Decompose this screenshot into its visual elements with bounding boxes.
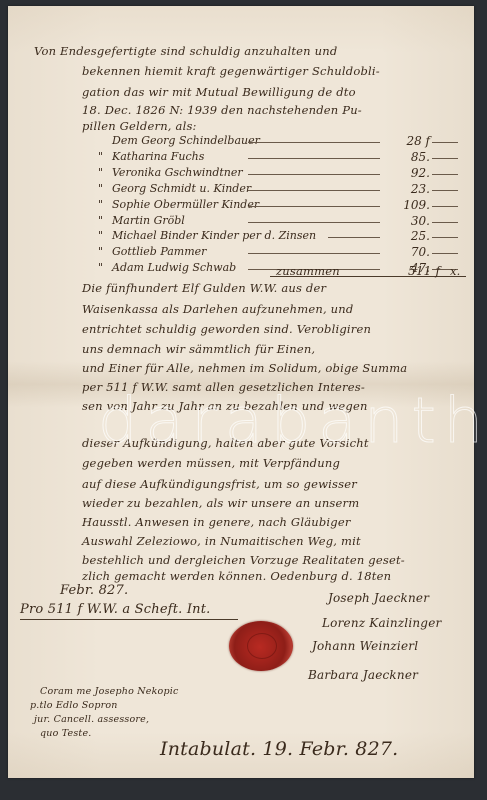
- creditor-amount: 85.: [411, 150, 430, 164]
- signature-2: Lorenz Kainzlinger: [322, 616, 441, 630]
- body-line-2: Waisenkassa als Darlehen aufzunehmen, un…: [82, 302, 353, 316]
- signature-3: Johann Weinzierl: [312, 639, 418, 653]
- creditor-name: Michael Binder Kinder per d. Zinsen: [112, 229, 316, 242]
- leader-line: [328, 237, 380, 238]
- creditor-name: Sophie Obermüller Kinder: [112, 198, 259, 211]
- intro-line-2: bekennen hiemit kraft gegenwärtiger Schu…: [82, 64, 380, 78]
- note-underline: [20, 619, 238, 620]
- ditto-mark: ": [98, 166, 103, 179]
- creditor-row: " Martin Gröbl 30.: [98, 214, 458, 228]
- amount-rule: [432, 222, 458, 223]
- witness-line-3: jur. Cancell. assessore,: [34, 714, 149, 725]
- intabulation-note: Intabulat. 19. Febr. 827.: [160, 738, 398, 760]
- amount-rule: [432, 206, 458, 207]
- ditto-mark: ": [98, 198, 103, 211]
- creditor-amount: 28 f: [406, 134, 430, 148]
- body-line-3: entrichtet schuldig geworden sind. Verob…: [82, 322, 371, 336]
- creditor-name: Veronika Gschwindtner: [112, 166, 243, 179]
- leader-line: [248, 253, 380, 254]
- body-line-11: wieder zu bezahlen, als wir unsere an un…: [82, 496, 359, 510]
- leader-line: [248, 158, 380, 159]
- creditor-amount: 23.: [411, 182, 430, 196]
- ditto-mark: ": [98, 245, 103, 258]
- creditor-name: Dem Georg Schindelbauer: [112, 134, 260, 147]
- intro-line-4: 18. Dec. 1826 N: 1939 den nachstehenden …: [82, 103, 362, 117]
- witness-line-4: quo Teste.: [40, 728, 92, 739]
- leader-line: [248, 142, 380, 143]
- amount-rule: [432, 237, 458, 238]
- amount-rule: [432, 253, 458, 254]
- body-line-13: Auswahl Zeleziowo, in Numaitischen Weg, …: [82, 534, 361, 548]
- leader-line: [248, 174, 380, 175]
- body-line-9: gegeben werden müssen, mit Verpfändung: [82, 456, 340, 470]
- creditor-amount: 25.: [411, 229, 430, 243]
- body-line-15: zlich gemacht werden können. Oedenburg d…: [82, 569, 391, 583]
- creditor-name: Georg Schmidt u. Kinder: [112, 182, 251, 195]
- ditto-mark: ": [98, 182, 103, 195]
- total-suffix: x.: [450, 264, 461, 278]
- creditor-name: Katharina Fuchs: [112, 150, 204, 163]
- intro-line-3: gation das wir mit Mutual Bewilligung de…: [82, 85, 356, 99]
- signature-4: Barbara Jaeckner: [308, 668, 418, 682]
- creditor-row: " Sophie Obermüller Kinder 109.: [98, 198, 458, 212]
- creditor-name: Adam Ludwig Schwab: [112, 261, 236, 274]
- intro-line-5: pillen Geldern, als:: [82, 119, 197, 133]
- signature-1: Joseph Jaeckner: [328, 591, 429, 605]
- creditor-name: Martin Gröbl: [112, 214, 185, 227]
- total-amount: 511 f: [408, 264, 440, 278]
- creditor-amount: 30.: [411, 214, 430, 228]
- creditor-name: Gottlieb Pammer: [112, 245, 206, 258]
- amount-rule: [432, 174, 458, 175]
- creditor-amount: 109.: [403, 198, 430, 212]
- body-line-4: uns demnach wir sämmtlich für Einen,: [82, 342, 315, 356]
- amount-rule: [432, 190, 458, 191]
- creditor-row: " Michael Binder Kinder per d. Zinsen 25…: [98, 229, 458, 243]
- leader-line: [248, 206, 380, 207]
- amount-rule: [432, 158, 458, 159]
- creditor-row: " Georg Schmidt u. Kinder 23.: [98, 182, 458, 196]
- amount-note: Pro 511 f W.W. a Scheft. Int.: [20, 602, 211, 617]
- document-page: Von Endesgefertigte sind schuldig anzuha…: [8, 6, 474, 778]
- ditto-mark: ": [98, 229, 103, 242]
- watermark: darabanth: [98, 384, 487, 457]
- leader-line: [248, 222, 380, 223]
- body-line-12: Hausstl. Anwesen in genere, nach Gläubig…: [82, 515, 351, 529]
- body-line-10: auf diese Aufkündigungsfrist, um so gewi…: [82, 477, 357, 491]
- leader-line: [248, 190, 380, 191]
- body-line-14: bestehlich und dergleichen Vorzuge Reali…: [82, 553, 405, 567]
- ditto-mark: ": [98, 150, 103, 163]
- creditor-amount: 70.: [411, 245, 430, 259]
- body-line-5: und Einer für Alle, nehmen im Solidum, o…: [82, 361, 407, 375]
- witness-line-1: Coram me Josepho Nekopic: [40, 686, 179, 697]
- amount-rule: [432, 142, 458, 143]
- creditor-row: " Gottlieb Pammer 70.: [98, 245, 458, 259]
- total-label: zusammen: [276, 264, 340, 278]
- creditor-row: " Katharina Fuchs 85.: [98, 150, 458, 164]
- ditto-mark: ": [98, 214, 103, 227]
- red-wax-seal: [229, 621, 293, 671]
- ditto-mark: ": [98, 261, 103, 274]
- date-line: Febr. 827.: [60, 583, 128, 598]
- creditor-amount: 92.: [411, 166, 430, 180]
- witness-line-2: p.tlo Edlo Sopron: [30, 700, 118, 711]
- body-line-1: Die fünfhundert Elf Gulden W.W. aus der: [82, 281, 326, 295]
- creditor-row: Dem Georg Schindelbauer 28 f: [98, 134, 458, 148]
- creditor-row: " Veronika Gschwindtner 92.: [98, 166, 458, 180]
- intro-line-1: Von Endesgefertigte sind schuldig anzuha…: [34, 44, 337, 58]
